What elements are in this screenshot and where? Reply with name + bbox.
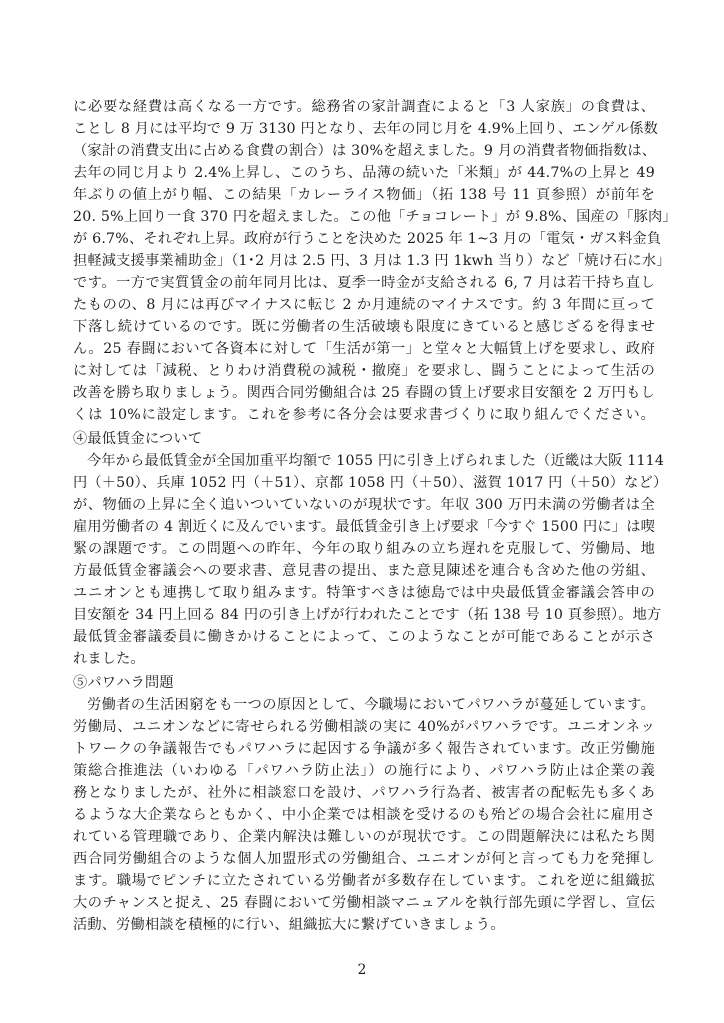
paragraph-line: ん。25 春闘において各資本に対して「生活が第一」と堂々と大幅賃上げを要求し、政… [73,338,655,360]
paragraph-line: に対しては「減税、とりわけ消費税の減税・撤廃」を要求し、闘うことによって生活の [73,360,655,382]
paragraph-line: 労働者の生活困窮をも一つの原因として、今職場においてパワハラが蔓延しています。 [73,694,655,716]
paragraph-line: が 6.7%、それぞれ上昇。政府が行うことを決めた 2025 年 1~3 月の「… [73,228,655,250]
paragraph-line: れている管理職であり、企業内解決は難しいのが現状です。この問題解決には私たち関 [73,826,655,848]
page-number: 2 [0,960,724,980]
paragraph-line: 改善を勝ち取りましょう。関西合同労働組合は 25 春闘の賃上げ要求目安額を 2 … [73,382,655,404]
paragraph-line: 最低賃金審議委員に働きかけることによって、このようなことが可能であることが示さ [73,626,655,648]
paragraph-line: ます。職場でピンチに立たされている労働者が多数存在しています。これを逆に組織拡 [73,870,655,892]
paragraph-line: 今年から最低賃金が全国加重平均額で 1055 円に引き上げられました（近畿は大阪… [73,450,655,472]
paragraph-line: くは 10%に設定します。これを参考に各分会は要求書づくりに取り組んでください。 [73,404,655,426]
paragraph-line: ユニオンとも連携して取り組みます。特筆すべきは徳島では中央最低賃金審議会答申の [73,582,655,604]
paragraph-line: トワークの争議報告でもパワハラに起因する争議が多く報告されています。改正労働施 [73,738,655,760]
section-heading: ④最低賃金について [73,428,655,450]
paragraph-line: たものの、8 月には再びマイナスに転じ 2 か月連続のマイナスです。約 3 年間… [73,294,655,316]
section-heading: ⑤パワハラ問題 [73,672,655,694]
paragraph-line: 円（＋50）、兵庫 1052 円（＋51）、京都 1058 円（＋50）、滋賀 … [73,472,655,494]
paragraph-line: 大のチャンスと捉え、25 春闘において労働相談マニュアルを執行部先頭に学習し、宣… [73,892,655,914]
paragraph-line: 年ぶりの値上がり幅、この結果「カレーライス物価」（拓 138 号 11 頁参照）… [73,184,655,206]
paragraph-line: 雇用労働者の 4 割近くに及んでいます。最低賃金引き上げ要求「今すぐ 1500 … [73,516,655,538]
paragraph-line: れました。 [73,648,655,670]
paragraph-line: 策総合推進法（いわゆる「パワハラ防止法」）の施行により、パワハラ防止は企業の義 [73,760,655,782]
paragraph-line: 20. 5%上回り一食 370 円を超えました。この他「チョコレート」が 9.8… [73,206,655,228]
document-page: に必要な経費は高くなる一方です。総務省の家計調査によると「3 人家族」の食費は、… [0,0,724,1023]
paragraph-line: ことし 8 月には平均で 9 万 3130 円となり、去年の同じ月を 4.9%上… [73,118,655,140]
paragraph-line: に必要な経費は高くなる一方です。総務省の家計調査によると「3 人家族」の食費は、 [73,96,655,118]
paragraph-line: 去年の同じ月より 2.4%上昇し、このうち、品薄の続いた「米類」が 44.7%の… [73,162,655,184]
paragraph-line: 下落し続けているのです。既に労働者の生活破壊も限度にきていると感じざるを得ませ [73,316,655,338]
paragraph-line: です。一方で実質賃金の前年同月比は、夏季一時金が支給される 6, 7 月は若干持… [73,272,655,294]
paragraph-line: 西合同労働組合のような個人加盟形式の労働組合、ユニオンが何と言っても力を発揮し [73,848,655,870]
paragraph-line: 務となりましたが、社外に相談窓口を設け、パワハラ行為者、被害者の配転先も多くあ [73,782,655,804]
paragraph-line: （家計の消費支出に占める食費の割合）は 30%を超えました。9 月の消費者物価指… [73,140,655,162]
paragraph-line: 目安額を 34 円上回る 84 円の引き上げが行われたことです（拓 138 号 … [73,604,655,626]
paragraph-line: 労働局、ユニオンなどに寄せられる労働相談の実に 40%がパワハラです。ユニオンネ… [73,716,655,738]
paragraph-line: 方最低賃金審議会への要求書、意見書の提出、また意見陳述を連合も含めた他の労組、 [73,560,655,582]
paragraph-line: が、物価の上昇に全く追いついていないのが現状です。年収 300 万円未満の労働者… [73,494,655,516]
paragraph-line: 緊の課題です。この問題への昨年、今年の取り組みの立ち遅れを克服して、労働局、地 [73,538,655,560]
paragraph-line: 担軽減支援事業補助金」（1･2 月は 2.5 円、3 月は 1.3 円 1kwh… [73,250,655,272]
paragraph-line: 活動、労働相談を積極的に行い、組織拡大に繋げていきましょう。 [73,914,655,936]
paragraph-line: るような大企業ならともかく、中小企業では相談を受けるのも殆どの場合会社に雇用さ [73,804,655,826]
